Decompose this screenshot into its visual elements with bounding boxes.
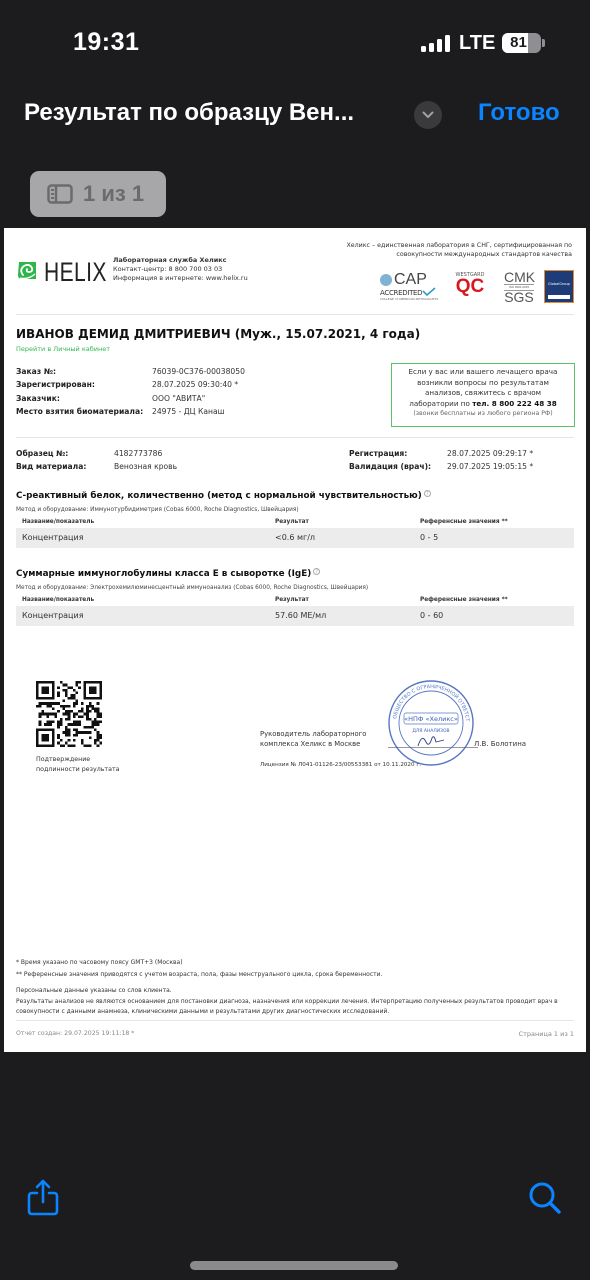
search-icon[interactable] <box>527 1180 563 1216</box>
cap-accredited-badge: CAP ACCREDITED COLLEGE of AMERICAN PATHO… <box>380 272 440 301</box>
cellular-signal-icon <box>421 35 451 52</box>
pdf-page[interactable]: HELIX Лабораторная служба Хеликс Контакт… <box>4 228 586 1052</box>
doctor-phone: тел. 8 800 222 48 38 <box>472 399 557 408</box>
title-menu-button[interactable] <box>414 101 442 129</box>
westgard-qc-badge: WESTGARD QC <box>453 272 487 296</box>
svg-text:ДЛЯ АНАЛИЗОВ: ДЛЯ АНАЛИЗОВ <box>412 728 449 734</box>
document-title: Результат по образцу Вен... <box>24 99 354 127</box>
lab-info: Лабораторная служба Хеликс Контакт-центр… <box>113 256 248 283</box>
qr-code[interactable] <box>36 681 102 747</box>
table-row: Концентрация <0.6 мг/л 0 - 5 <box>16 528 574 548</box>
lab-name: Лабораторная служба Хеликс <box>113 256 248 265</box>
footer-divider <box>16 1020 574 1021</box>
table-row: Концентрация 57.60 МЕ/мл 0 - 60 <box>16 606 574 626</box>
test-title: С-реактивный белок, количественно (метод… <box>16 491 422 501</box>
license-info: Лицензия № Л041-01126-23/00553381 от 10.… <box>260 762 421 768</box>
doctor-contact-box: Если у вас или вашего лечащего врача воз… <box>391 363 575 427</box>
share-icon[interactable] <box>26 1178 60 1216</box>
test-method: Метод и оборудование: Иммунотурбидиметри… <box>16 507 574 513</box>
test-title: Суммарные иммуноглобулины класса Е в сыв… <box>16 569 311 579</box>
order-row: Заказ №:76039-0C376-00038050 <box>16 365 245 378</box>
sample-dates: Регистрация:28.07.2025 09:29:17 * Валида… <box>349 448 533 473</box>
patient-name: ИВАНОВ ДЕМИД ДМИТРИЕВИЧ (Муж., 15.07.202… <box>16 327 420 341</box>
sample-details: Образец №:4182773786 Вид материала:Веноз… <box>16 448 177 473</box>
certification-badges: CAP ACCREDITED COLLEGE of AMERICAN PATHO… <box>380 270 580 304</box>
official-stamp-icon: ОБЩЕСТВО С ОГРАНИЧЕННОЙ ОТВЕТСТВЕННОСТЬЮ… <box>386 678 476 768</box>
reference-value: 0 - 5 <box>420 533 438 542</box>
helix-logo-icon <box>16 260 38 282</box>
battery-level: 81 <box>502 33 535 53</box>
lab-contact: Контакт-центр: 8 800 700 03 03 <box>113 265 248 274</box>
signer-name: Л.В. Болотина <box>474 740 526 748</box>
order-row: Зарегистрирован:28.07.2025 09:30:40 * <box>16 378 245 391</box>
order-divider <box>16 437 574 438</box>
page-counter-label: 1 из 1 <box>83 181 144 207</box>
battery-tip <box>542 39 545 47</box>
report-created: Отчет создан: 29.07.2025 19:11:18 * <box>16 1030 134 1037</box>
table-header: Название/показатель Результат Референсны… <box>16 594 574 606</box>
svg-text:«НПФ «Хеликс»: «НПФ «Хеликс» <box>404 715 458 723</box>
cap-emblem-icon <box>380 274 392 286</box>
help-icon[interactable]: ? <box>313 568 320 575</box>
home-indicator[interactable] <box>190 1261 398 1270</box>
result-value: 57.60 МЕ/мл <box>275 611 326 620</box>
network-type: LTE <box>459 32 495 55</box>
reference-value: 0 - 60 <box>420 611 443 620</box>
helix-logo-text: HELIX <box>44 257 107 288</box>
result-value: <0.6 мг/л <box>275 533 315 542</box>
header-divider <box>16 314 574 315</box>
order-row: Место взятия биоматериала:24975 - ДЦ Кан… <box>16 405 245 418</box>
battery-icon: 81 <box>502 33 541 53</box>
sidebar-thumbnails-icon <box>47 184 73 204</box>
personal-cabinet-link[interactable]: Перейти в Личный кабинет <box>16 345 110 353</box>
lab-website: Информация в интернете: www.helix.ru <box>113 274 248 283</box>
page-info: Страница 1 из 1 <box>519 1030 574 1038</box>
order-details: Заказ №:76039-0C376-00038050 Зарегистрир… <box>16 365 245 418</box>
footnotes: * Время указано по часовому поясу GMT+3 … <box>16 957 586 1017</box>
checkmark-icon <box>422 287 436 296</box>
chevron-down-icon <box>422 111 434 119</box>
done-button[interactable]: Готово <box>478 99 560 127</box>
table-header: Название/показатель Результат Референсны… <box>16 516 574 528</box>
order-row: Заказчик:ООО "АВИТА" <box>16 392 245 405</box>
global-group-badge: GlobalGroup <box>544 270 574 303</box>
cmk-sgs-badge: CMK ISO 9001:2015 SGS <box>504 271 534 304</box>
qr-caption: Подтверждение подлинности результата <box>36 755 120 775</box>
status-bar: 19:31 LTE 81 <box>0 0 590 90</box>
test-crp: С-реактивный белок, количественно (метод… <box>16 490 574 548</box>
status-time: 19:31 <box>73 28 139 57</box>
signatory-title: Руководитель лабораторного комплекса Хел… <box>260 730 366 750</box>
test-method: Метод и оборудование: Электрохемилюминес… <box>16 585 574 591</box>
page-counter-button[interactable]: 1 из 1 <box>30 171 166 217</box>
certification-text: Хеликс – единственная лаборатория в СНГ,… <box>342 242 572 259</box>
help-icon[interactable]: ? <box>424 490 431 497</box>
test-ige: Суммарные иммуноглобулины класса Е в сыв… <box>16 568 574 626</box>
